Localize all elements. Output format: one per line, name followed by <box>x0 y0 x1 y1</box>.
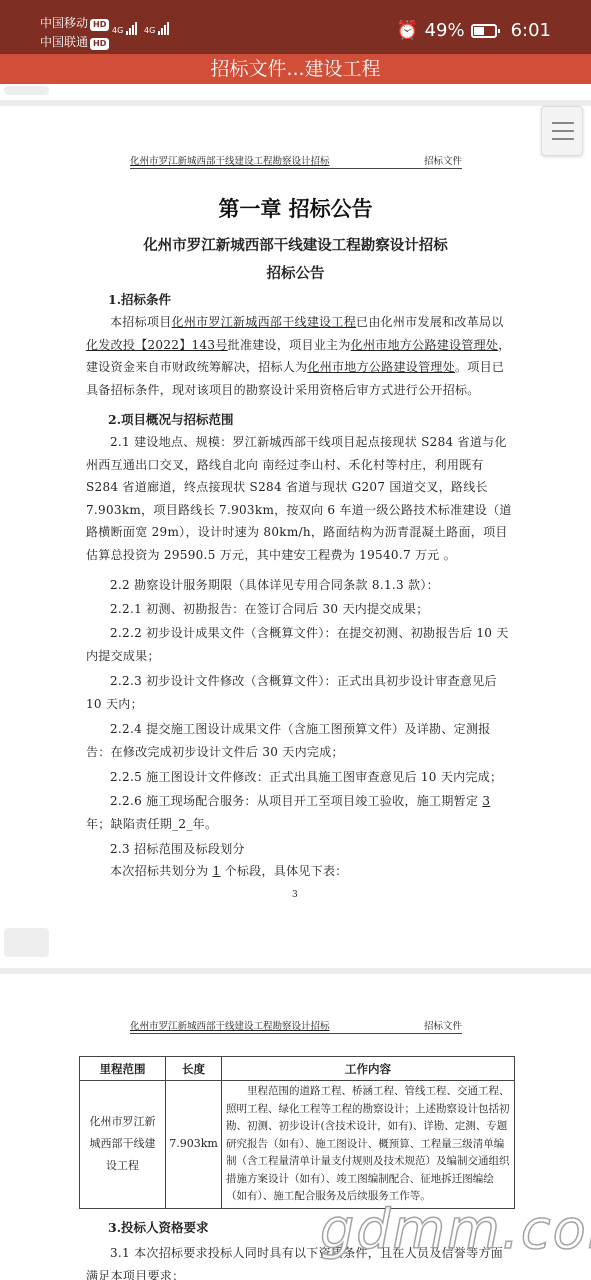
status-right: ⏰ 49% 6:01 <box>396 20 551 41</box>
column-header: 里程范围 <box>80 1057 166 1081</box>
section-2-2-2: 2.2.2 初步设计成果文件（含概算文件）：在提交初测、初勘报告后 10 天内提… <box>86 622 514 667</box>
approval-doc-link: 化发改投【2022】143号 <box>86 338 228 352</box>
signal-icon: 4G <box>112 22 138 35</box>
section-2-3-paragraph: 本次招标共划分为 1 个标段，具体见下表： <box>86 860 514 883</box>
cell-work: 里程范围的道路工程、桥涵工程、管线工程、交通工程、照明工程、绿化工程等工程的勘察… <box>222 1081 515 1209</box>
hd-badge: HD <box>90 38 109 50</box>
section-2-2: 2.2 勘察设计服务期限（具体详见专用合同条款 8.1.3 款）： <box>86 574 514 597</box>
page-number: 3 <box>292 890 298 900</box>
cell-range: 化州市罗江新城西部干线建设工程 <box>80 1081 166 1209</box>
table-row: 化州市罗江新城西部干线建设工程 7.903km 里程范围的道路工程、桥涵工程、管… <box>80 1081 515 1209</box>
page-header: 化州市罗江新城西部干线建设工程勘察设计招标 招标文件 <box>130 153 462 169</box>
clock: 6:01 <box>511 20 551 41</box>
cell-length: 7.903km <box>166 1081 222 1209</box>
chapter-title: 第一章 招标公告 <box>0 193 591 223</box>
page-separator <box>0 968 591 974</box>
section-2-2-1: 2.2.1 初测、初勘报告：在签订合同后 30 天内提交成果； <box>86 598 514 621</box>
section-2-3: 2.3 招标范围及标段划分 <box>86 838 514 861</box>
column-header: 工作内容 <box>222 1057 515 1081</box>
document-title-bar: 招标文件...建设工程 <box>0 54 591 84</box>
table-header-row: 里程范围 长度 工作内容 <box>80 1057 515 1081</box>
page-header: 化州市罗江新城西部干线建设工程勘察设计招标 招标文件 <box>130 1018 462 1034</box>
notice-title: 招标公告 <box>0 262 591 283</box>
carrier-1: 中国移动HD <box>40 16 109 31</box>
tenderer-link: 化州市地方公路建设管理处 <box>307 360 455 374</box>
carrier-2: 中国联通HD <box>40 35 109 50</box>
battery-icon <box>471 24 497 38</box>
battery-percent: 49% <box>425 20 465 41</box>
section-2-2-3: 2.2.3 初步设计文件修改（含概算文件）：正式出具初步设计审查意见后 10 天… <box>86 670 514 715</box>
page-tab[interactable] <box>4 86 49 95</box>
section-2-2-4: 2.2.4 提交施工图设计成果文件（含施工图预算文件）及详勘、定测报告：在修改完… <box>86 718 514 763</box>
section-1-paragraph: 本招标项目化州市罗江新城西部干线建设工程已由化州市发展和改革局以化发改投【202… <box>86 311 514 401</box>
watermark: gdmm.com <box>320 1198 591 1261</box>
document-title: 招标文件...建设工程 <box>210 58 380 80</box>
page-tab[interactable] <box>4 928 49 957</box>
section-2-title: 2.项目概况与招标范围 <box>108 410 234 428</box>
hd-badge: HD <box>90 19 109 31</box>
section-2-1: 2.1 建设地点、规模：罗江新城西部干线项目起点接现状 S284 省道与化州西互… <box>86 431 514 566</box>
alarm-icon: ⏰ <box>396 20 418 41</box>
section-3-title: 3.投标人资格要求 <box>108 1218 209 1236</box>
bid-section-table: 里程范围 长度 工作内容 化州市罗江新城西部干线建设工程 7.903km 里程范… <box>79 1056 515 1209</box>
menu-button[interactable] <box>541 106 583 156</box>
owner-link: 化州市地方公路建设管理处 <box>351 338 499 352</box>
project-name-link: 化州市罗江新城西部干线建设工程 <box>172 315 357 329</box>
section-2-2-6: 2.2.6 施工现场配合服务：从项目开工至项目竣工验收，施工期暂定 3 年；缺陷… <box>86 790 514 835</box>
page-separator <box>0 100 591 106</box>
signal-icon: 4G <box>144 22 170 35</box>
project-title: 化州市罗江新城西部干线建设工程勘察设计招标 <box>0 234 591 255</box>
column-header: 长度 <box>166 1057 222 1081</box>
section-2-2-5: 2.2.5 施工图设计文件修改：正式出具施工图审查意见后 10 天内完成； <box>86 766 514 789</box>
section-1-title: 1.招标条件 <box>108 290 171 308</box>
status-bar: 中国移动HD 中国联通HD 4G 4G ⏰ 49% 6:01 <box>0 0 591 54</box>
